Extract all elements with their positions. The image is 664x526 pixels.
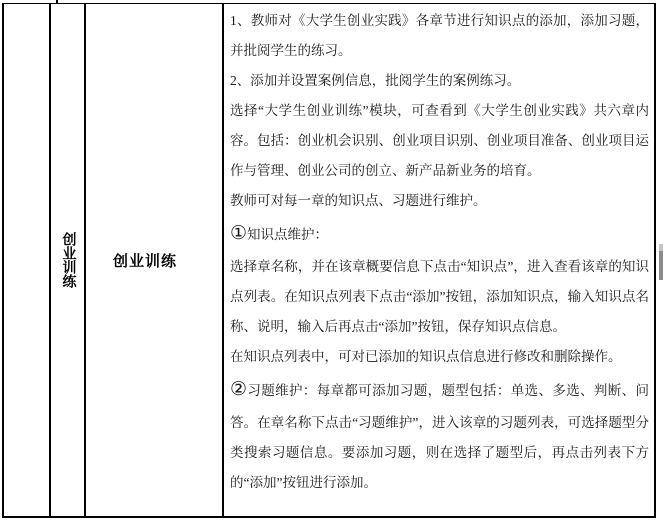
exercise-maintenance-text: 习题维护：每章都可添加习题，题型包括：单选、多选、判断、问答。在章名称下点击“习… — [230, 383, 649, 490]
instruction-paragraph-4: 教师可对每一章的知识点、习题进行维护。 — [230, 186, 649, 216]
training-module-table: 创业训练 创业训练 1、教师对《大学生创业实践》各章节进行知识点的添加，添加习题… — [2, 3, 656, 518]
instruction-paragraph-3: 选择“大学生创业训练”模块，可查看到《大学生创业实践》共六章内容。包括：创业机会… — [230, 96, 649, 186]
module-name-cell: 创业训练 — [86, 4, 224, 516]
instruction-paragraph-7: 在知识点列表中，可对已添加的知识点信息进行修改和删除操作。 — [230, 342, 649, 372]
instruction-paragraph-2: 2、添加并设置案例信息，批阅学生的案例练习。 — [230, 66, 649, 96]
circled-number-2-icon: ② — [230, 379, 247, 400]
scrollbar-thumb[interactable] — [659, 244, 663, 280]
category-vertical-label: 创业训练 — [61, 232, 75, 288]
module-name-label: 创业训练 — [113, 250, 177, 271]
instruction-paragraph-8: ②习题维护：每章都可添加习题，题型包括：单选、多选、判断、问答。在章名称下点击“… — [230, 372, 649, 498]
category-cell: 创业训练 — [51, 4, 86, 516]
instruction-paragraph-6: 选择章名称，并在该章概要信息下点击“知识点”，进入查看该章的知识点列表。在知识点… — [230, 252, 649, 342]
instructions-cell: 1、教师对《大学生创业实践》各章节进行知识点的添加，添加习题，并批阅学生的练习。… — [224, 4, 654, 516]
instruction-paragraph-5: ①知识点维护： — [230, 216, 649, 252]
knowledge-point-maintenance-heading: 知识点维护： — [247, 227, 328, 242]
circled-number-1-icon: ① — [230, 223, 247, 244]
scrollbar-thumb-highlight — [659, 244, 663, 251]
empty-spanner-cell — [4, 4, 51, 516]
instruction-paragraph-1: 1、教师对《大学生创业实践》各章节进行知识点的添加，添加习题，并批阅学生的练习。 — [230, 6, 649, 66]
